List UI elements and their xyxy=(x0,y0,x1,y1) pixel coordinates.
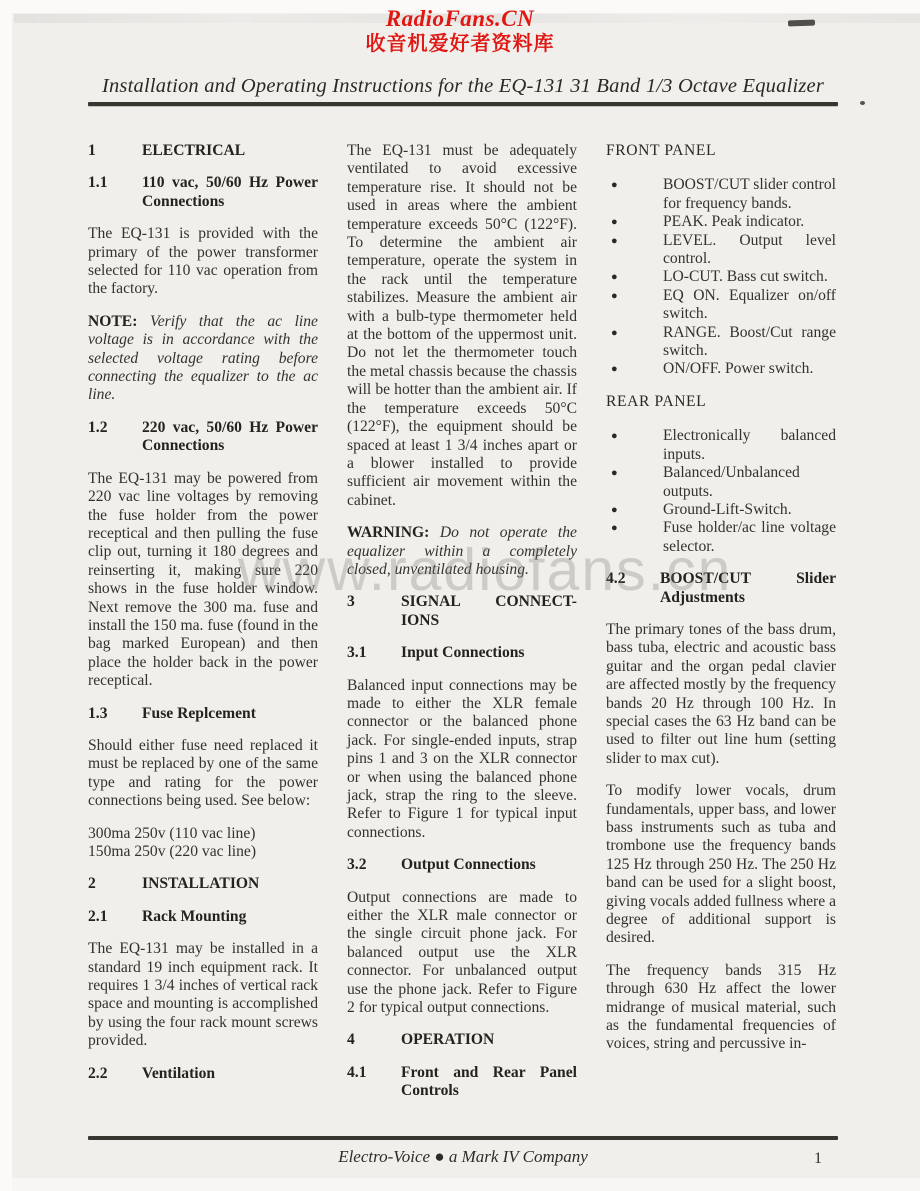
paragraph: The EQ-131 may be installed in a standar… xyxy=(88,940,318,1050)
heading-title: BOOST/CUT Slider Adjustments xyxy=(660,570,836,607)
fuse-spec-lines: 300ma 250v (110 vac line) 150ma 250v (22… xyxy=(88,825,318,862)
bullet-icon: ● xyxy=(606,519,663,556)
bullet-text: ON/OFF. Power switch. xyxy=(663,360,836,378)
paragraph: The primary tones of the bass drum, bass… xyxy=(606,621,836,768)
column-1: 1 ELECTRICAL 1.1 110 vac, 50/60 Hz Power… xyxy=(88,142,318,1115)
bullet-item: ●BOOST/CUT slider control for frequency … xyxy=(606,176,836,213)
scanned-manual-page: { "colors": { "stamp_red": "#e01713", "p… xyxy=(0,0,920,1191)
heading-number: 1.3 xyxy=(88,705,142,723)
heading-title: 220 vac, 50/60 Hz Power Connections xyxy=(142,419,318,456)
heading-title: ELECTRICAL xyxy=(142,142,318,160)
bullet-text: LO-CUT. Bass cut switch. xyxy=(663,268,836,286)
bullet-icon: ● xyxy=(606,287,663,324)
bullet-text: Ground-Lift-Switch. xyxy=(663,501,836,519)
bullet-text: EQ ON. Equalizer on/off switch. xyxy=(663,287,836,324)
bullet-icon: ● xyxy=(606,324,663,361)
paragraph: Output connections are made to either th… xyxy=(347,889,577,1018)
bullet-icon: ● xyxy=(606,427,663,464)
section-heading-1: 1 ELECTRICAL xyxy=(88,142,318,160)
bullet-item: ●ON/OFF. Power switch. xyxy=(606,360,836,378)
paragraph: To modify lower vocals, drum fundamental… xyxy=(606,782,836,948)
page-title: Installation and Operating Instructions … xyxy=(88,75,838,98)
heading-title: Front and Rear Panel Controls xyxy=(401,1064,577,1101)
heading-number: 3.1 xyxy=(347,644,401,662)
section-heading-1-1: 1.1 110 vac, 50/60 Hz Power Connections xyxy=(88,174,318,211)
heading-title: OPERATION xyxy=(401,1031,577,1049)
paragraph: Balanced input connections may be made t… xyxy=(347,677,577,843)
document-columns: 1 ELECTRICAL 1.1 110 vac, 50/60 Hz Power… xyxy=(88,142,836,1115)
bullet-text: PEAK. Peak indicator. xyxy=(663,213,836,231)
bullet-icon: ● xyxy=(606,501,663,519)
paragraph: The EQ-131 may be powered from 220 vac l… xyxy=(88,470,318,691)
bullet-icon: ● xyxy=(606,268,663,286)
bullet-item: ●RANGE. Boost/Cut range switch. xyxy=(606,324,836,361)
warning-paragraph: WARNING: Do not operate the equalizer wi… xyxy=(347,524,577,579)
bullet-item: ●LO-CUT. Bass cut switch. xyxy=(606,268,836,286)
bullet-item: ●Ground-Lift-Switch. xyxy=(606,501,836,519)
heading-number: 4.1 xyxy=(347,1064,401,1101)
heading-number: 4.2 xyxy=(606,570,660,607)
paragraph: Should either fuse need replaced it must… xyxy=(88,737,318,811)
heading-title: Input Connections xyxy=(401,644,577,662)
heading-title: SIGNAL CONNECT- IONS xyxy=(401,593,577,630)
front-panel-label: FRONT PANEL xyxy=(606,142,836,160)
section-heading-4-2: 4.2 BOOST/CUT Slider Adjustments xyxy=(606,570,836,607)
column-3: FRONT PANEL ●BOOST/CUT slider control fo… xyxy=(606,142,836,1115)
section-heading-3-2: 3.2 Output Connections xyxy=(347,856,577,874)
bullet-item: ●Electronically balanced inputs. xyxy=(606,427,836,464)
column-2: The EQ-131 must be adequately ventilated… xyxy=(347,142,577,1115)
spec-line: 300ma 250v (110 vac line) xyxy=(88,825,318,843)
heading-number: 1.1 xyxy=(88,174,142,211)
site-stamp-name: RadioFans.CN xyxy=(0,6,920,32)
heading-number: 2.1 xyxy=(88,908,142,926)
bullet-item: ●Fuse holder/ac line voltage selector. xyxy=(606,519,836,556)
note-paragraph: NOTE: Verify that the ac line voltage is… xyxy=(88,313,318,405)
spec-line: 150ma 250v (220 vac line) xyxy=(88,843,318,861)
section-heading-2-2: 2.2 Ventilation xyxy=(88,1065,318,1083)
bullet-item: ●PEAK. Peak indicator. xyxy=(606,213,836,231)
section-heading-1-3: 1.3 Fuse Replcement xyxy=(88,705,318,723)
section-heading-4: 4 OPERATION xyxy=(347,1031,577,1049)
rear-panel-list: ●Electronically balanced inputs. ●Balanc… xyxy=(606,427,836,556)
paragraph: The EQ-131 must be adequately ventilated… xyxy=(347,142,577,510)
bullet-item: ●Balanced/Unbalanced outputs. xyxy=(606,464,836,501)
bullet-text: BOOST/CUT slider control for frequency b… xyxy=(663,176,836,213)
note-label: NOTE: xyxy=(88,313,137,330)
heading-title: Output Connections xyxy=(401,856,577,874)
section-heading-3-1: 3.1 Input Connections xyxy=(347,644,577,662)
paragraph: The EQ-131 is provided with the primary … xyxy=(88,225,318,299)
bullet-text: Electronically balanced inputs. xyxy=(663,427,836,464)
bullet-icon: ● xyxy=(606,213,663,231)
rear-panel-label: REAR PANEL xyxy=(606,393,836,411)
bullet-icon: ● xyxy=(606,360,663,378)
heading-title: Ventilation xyxy=(142,1065,318,1083)
heading-number: 4 xyxy=(347,1031,401,1049)
bullet-item: ●EQ ON. Equalizer on/off switch. xyxy=(606,287,836,324)
heading-title: 110 vac, 50/60 Hz Power Connections xyxy=(142,174,318,211)
heading-number: 3.2 xyxy=(347,856,401,874)
page-number: 1 xyxy=(814,1150,822,1168)
title-underline xyxy=(88,102,838,106)
section-heading-3: 3 SIGNAL CONNECT- IONS xyxy=(347,593,577,630)
paragraph: The frequency bands 315 Hz through 630 H… xyxy=(606,962,836,1054)
section-heading-2: 2 INSTALLATION xyxy=(88,875,318,893)
heading-title: Fuse Replcement xyxy=(142,705,318,723)
heading-number: 2 xyxy=(88,875,142,893)
warning-label: WARNING: xyxy=(347,524,429,541)
heading-number: 3 xyxy=(347,593,401,630)
bullet-text: Balanced/Unbalanced outputs. xyxy=(663,464,836,501)
heading-title: INSTALLATION xyxy=(142,875,318,893)
heading-number: 1 xyxy=(88,142,142,160)
heading-number: 2.2 xyxy=(88,1065,142,1083)
bullet-text: RANGE. Boost/Cut range switch. xyxy=(663,324,836,361)
front-panel-list: ●BOOST/CUT slider control for frequency … xyxy=(606,176,836,378)
bullet-text: Fuse holder/ac line voltage selector. xyxy=(663,519,836,556)
section-heading-2-1: 2.1 Rack Mounting xyxy=(88,908,318,926)
heading-title: Rack Mounting xyxy=(142,908,318,926)
site-stamp-subtitle: 收音机爱好者资料库 xyxy=(0,33,920,56)
scan-speck xyxy=(860,101,865,105)
bullet-item: ●LEVEL. Output level control. xyxy=(606,232,836,269)
site-stamp: RadioFans.CN 收音机爱好者资料库 xyxy=(0,6,920,56)
footer-rule xyxy=(88,1136,838,1140)
footer-imprint: Electro-Voice ● a Mark IV Company xyxy=(88,1147,838,1167)
section-heading-4-1: 4.1 Front and Rear Panel Controls xyxy=(347,1064,577,1101)
bullet-icon: ● xyxy=(606,176,663,213)
section-heading-1-2: 1.2 220 vac, 50/60 Hz Power Connections xyxy=(88,419,318,456)
heading-number: 1.2 xyxy=(88,419,142,456)
bullet-icon: ● xyxy=(606,464,663,501)
bullet-text: LEVEL. Output level control. xyxy=(663,232,836,269)
page-bottom-margin xyxy=(12,1178,920,1191)
bullet-icon: ● xyxy=(606,232,663,269)
